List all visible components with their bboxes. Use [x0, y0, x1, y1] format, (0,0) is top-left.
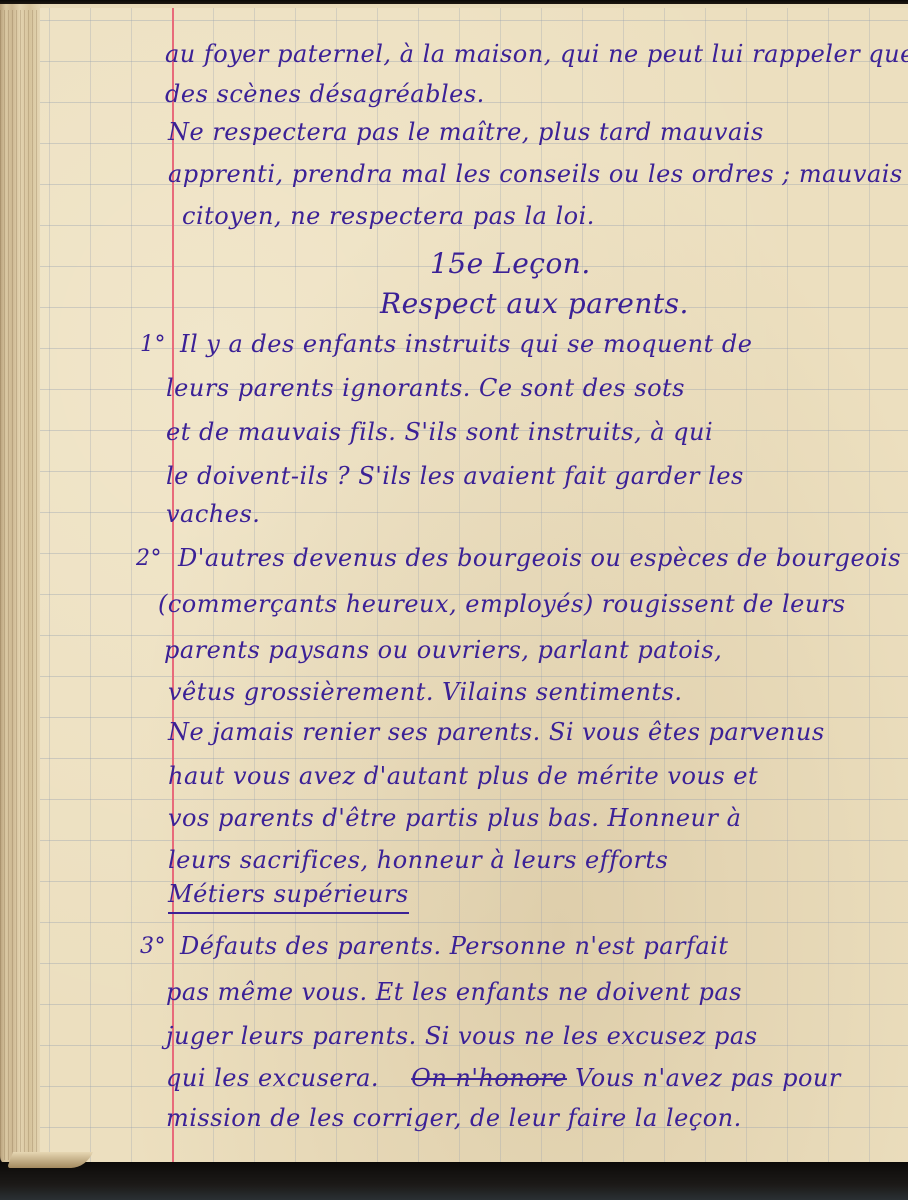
carryover-line-2: des scènes désagréables. — [165, 82, 485, 106]
lesson-title: Respect aux parents. — [380, 290, 689, 318]
section-2-line-8: leurs sacrifices, honneur à leurs effort… — [168, 848, 668, 872]
section-3-line-3: juger leurs parents. Si vous ne les excu… — [166, 1024, 758, 1048]
section-2-number: 2° — [136, 548, 162, 570]
struck-out-text: On n'honore — [411, 1064, 567, 1092]
notebook-paper: au foyer paternel, à la maison, qui ne p… — [40, 8, 908, 1164]
section-2-line-2: (commerçants heureux, employés) rougisse… — [158, 592, 846, 616]
section-2-line-6: haut vous avez d'autant plus de mérite v… — [168, 764, 758, 788]
section-1-number: 1° — [140, 334, 166, 356]
section-2-subheading: Métiers supérieurs — [168, 882, 409, 914]
section-3-line-5: mission de les corriger, de leur faire l… — [166, 1106, 742, 1130]
section-3-line-4-continuation: Vous n'avez pas pour — [575, 1064, 841, 1092]
bottom-shadow — [0, 1162, 908, 1200]
section-2-line-1: D'autres devenus des bourgeois ou espèce… — [178, 546, 901, 570]
scanned-notebook-page: au foyer paternel, à la maison, qui ne p… — [0, 0, 908, 1200]
page-edges — [0, 10, 44, 1160]
section-1-line-3: et de mauvais fils. S'ils sont instruits… — [166, 420, 713, 444]
section-2-line-5: Ne jamais renier ses parents. Si vous êt… — [168, 720, 825, 744]
section-3-line-1: Défauts des parents. Personne n'est parf… — [180, 934, 728, 958]
section-1-line-2: leurs parents ignorants. Ce sont des sot… — [166, 376, 685, 400]
carryover-line-5: citoyen, ne respectera pas la loi. — [182, 204, 595, 228]
carryover-line-4: apprenti, prendra mal les conseils ou le… — [168, 162, 903, 186]
section-1-line-1: Il y a des enfants instruits qui se moqu… — [180, 332, 752, 356]
section-3-line-2: pas même vous. Et les enfants ne doivent… — [166, 980, 742, 1004]
section-3-line-4-text: qui les excusera. — [166, 1064, 379, 1092]
section-2-line-3: parents paysans ou ouvriers, parlant pat… — [164, 638, 722, 662]
lesson-number: 15e Leçon. — [430, 250, 591, 278]
section-1-line-4: le doivent-ils ? S'ils les avaient fait … — [166, 464, 744, 488]
section-3-number: 3° — [140, 936, 166, 958]
carryover-line-3: Ne respectera pas le maître, plus tard m… — [168, 120, 764, 144]
carryover-line-1: au foyer paternel, à la maison, qui ne p… — [165, 42, 908, 66]
section-3-line-4: qui les excusera. On n'honore Vous n'ave… — [166, 1066, 841, 1090]
section-2-line-4: vêtus grossièrement. Vilains sentiments. — [168, 680, 683, 704]
curled-page-corner — [7, 1152, 93, 1168]
section-2-line-7: vos parents d'être partis plus bas. Honn… — [168, 806, 741, 830]
section-1-line-5: vaches. — [166, 502, 260, 526]
